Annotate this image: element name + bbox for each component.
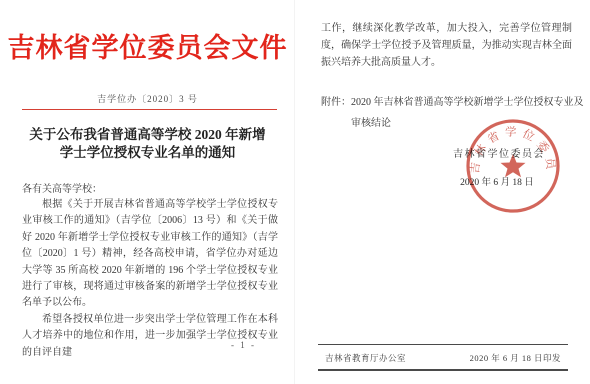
page-2: 工作，继续深化教学改革，加大投入，完善学位管理制度，确保学士学位授予及管理质量，…: [295, 0, 590, 384]
notice-title: 关于公布我省普通高等学校 2020 年新增 学士学位授权专业名单的通知: [18, 126, 277, 162]
body-paragraph-2: 希望各授权单位进一步突出学士学位管理工作在本科人才培养中的地位和作用，进一步加强…: [22, 312, 278, 361]
body-text: 根据《关于开展吉林省普通高等学校学士学位授权专业审核工作的通知》（吉学位〔200…: [22, 197, 278, 361]
body-paragraph-continued: 工作，继续深化教学改革，加大投入，完善学位管理制度，确保学士学位授予及管理质量，…: [321, 21, 572, 71]
notice-title-line1: 关于公布我省普通高等学校 2020 年新增: [18, 126, 277, 144]
print-date: 2020 年 6 月 18 日印发: [470, 352, 561, 364]
official-seal-stamp: 吉林省学位委员会: [461, 114, 565, 218]
salutation: 各有关高等学校：: [22, 180, 102, 195]
document-number: 吉学位办〔2020〕3 号: [0, 92, 295, 105]
signature-date: 2020 年 6 月 18 日: [441, 174, 553, 188]
footer-rule-top: [318, 344, 568, 345]
issuing-office: 吉林省教育厅办公室: [325, 352, 406, 364]
notice-title-line2: 学士学位授权专业名单的通知: [18, 144, 277, 162]
document-scan: 吉林省学位委员会文件 吉学位办〔2020〕3 号 关于公布我省普通高等学校 20…: [0, 0, 590, 384]
page-1: 吉林省学位委员会文件 吉学位办〔2020〕3 号 关于公布我省普通高等学校 20…: [0, 0, 295, 384]
attachment-line2: 审核结论: [351, 114, 391, 129]
page-number: - 1 -: [231, 340, 256, 350]
seal-circle: [468, 121, 558, 211]
red-divider-rule: [22, 109, 277, 110]
signature-organization: 吉林省学位委员会: [443, 145, 555, 160]
attachment-line1: 附件：2020 年吉林省普通高等学校新增学士学位授权专业及: [321, 93, 584, 108]
document-header-title: 吉林省学位委员会文件: [0, 26, 295, 65]
footer-rule-bottom: [318, 369, 568, 371]
colophon: 吉林省教育厅办公室 2020 年 6 月 18 日印发: [325, 352, 561, 364]
body-paragraph-1: 根据《关于开展吉林省普通高等学校学士学位授权专业审核工作的通知》（吉学位〔200…: [22, 197, 278, 312]
